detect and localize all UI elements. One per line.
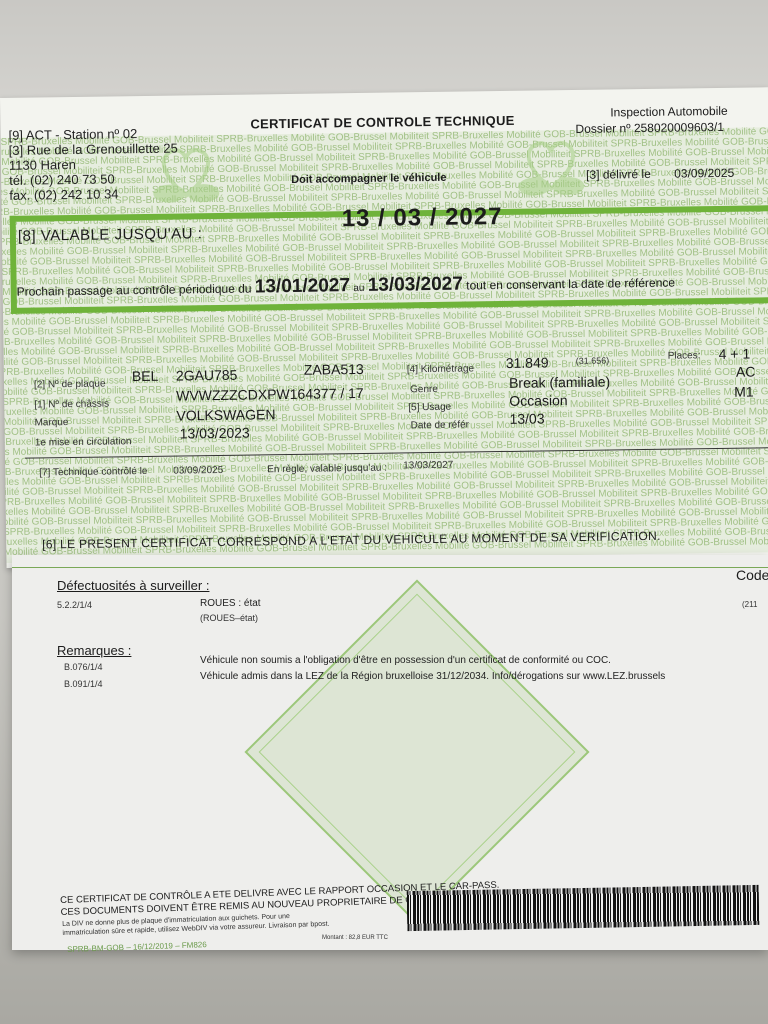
organization-name: Inspection Automobile (610, 103, 728, 121)
mileage-value: 31.849 (506, 354, 549, 371)
green-divider (12, 567, 768, 568)
chassis-number: WVWZZZCDXPW164377 / 17 (176, 385, 364, 404)
brussels-iris-logo-icon (515, 128, 586, 199)
plate-extra: ZABA513 (304, 361, 364, 378)
next-inspection-from: 13/01/2027 (255, 275, 350, 297)
defect-subtext: (ROUES–état) (200, 613, 258, 623)
document-title: CERTIFICAT DE CONTROLE TECHNIQUE (250, 113, 514, 132)
vehicle-code-2: M1 (734, 384, 754, 400)
genre-label: Genre (410, 384, 438, 395)
station-street: [3] Rue de la Grenouillette 25 (9, 141, 178, 158)
plate-country: BEL (132, 368, 159, 384)
defects-title: Défectuosités à surveiller : (57, 578, 209, 593)
reference-date-label: Date de référ (411, 419, 470, 431)
defect-code: 5.2.2/1/4 (57, 600, 92, 610)
plate-label: [2] Nº de plaque (34, 379, 106, 391)
delivered-date-value: 03/09/2025 (674, 166, 734, 181)
security-diamond-watermark (244, 579, 589, 924)
remark-text: Véhicule non soumis a l'obligation d'êtr… (200, 655, 611, 666)
usage-value: Occasion (509, 392, 568, 409)
defect-right-code: (211 (742, 600, 757, 609)
mileage-label: [4] Kilométrage (407, 363, 474, 375)
delivered-label: [3] délivré le (586, 167, 651, 182)
vehicle-code-1: AC (736, 363, 756, 379)
valid-until-date: 13 / 03 / 2027 (342, 203, 503, 233)
station-fax: fax. (02) 242 10 34 (9, 186, 178, 203)
reference-date-value: 13/03 (509, 410, 544, 426)
document-subtitle: Doit accompagner le véhicule (291, 172, 446, 186)
brand-label: Marque (34, 417, 68, 428)
delivery-date: [3] délivré le 03/09/2025 (586, 166, 734, 182)
technical-control-date: 03/09/2025 (173, 465, 223, 477)
inspection-info: Inspection Automobile Dossier nº 2580200… (610, 103, 728, 137)
first-registration-value: 13/03/2023 (180, 425, 250, 442)
barcode (407, 885, 760, 931)
genre-value: Break (familiale) (509, 374, 610, 391)
remark-text: Véhicule admis dans la LEZ de la Région … (200, 671, 665, 682)
form-code: SPRB-BM-GOB – 16/12/2019 – FM826 (67, 940, 207, 954)
technical-valid-until: 13/03/2027 (403, 460, 453, 472)
valid-until-label: [8] VALABLE JUSQU'AU : (18, 225, 203, 245)
remarks-title: Remarques : (57, 643, 131, 658)
technical-status: En règle, valable jusqu'au : (267, 463, 387, 476)
remark-code: B.091/1/4 (64, 679, 103, 689)
code-column-header: Code (736, 567, 768, 583)
places-label: Places: (668, 350, 701, 361)
brand-value: VOLKSWAGEN (176, 406, 275, 423)
next-inspection-prefix: Prochain passage au contrôle périodique … (17, 282, 252, 299)
chassis-label: [1] Nº de châssis (34, 399, 109, 411)
certificate-top-section: SPRB-Bruxelles Mobilité GOB-Brussel Mobi… (0, 87, 768, 568)
technical-control-label: [7] Technique contrôlé le (39, 466, 147, 479)
next-inspection-suffix: tout en conservant la date de référence (466, 276, 675, 293)
plate-number: 2GAU785 (176, 367, 238, 384)
previous-mileage: (31.656) (576, 356, 610, 366)
certificate-bottom-section: Code Défectuosités à surveiller : 5.2.2/… (12, 555, 768, 950)
dossier-number: Dossier nº 258020009603/1 (575, 119, 728, 137)
usage-label: [5] Usage (408, 402, 451, 414)
station-address: [9] ACT - Station nº 02 [3] Rue de la Gr… (8, 126, 178, 203)
remark-code: B.076/1/4 (64, 662, 103, 672)
first-registration-label: 1e mise en circulation (35, 436, 132, 448)
next-inspection-to: 13/03/2027 (368, 274, 463, 296)
amount: Montant : 82,8 EUR TTC (322, 935, 388, 941)
defect-text: ROUES : état (200, 598, 261, 609)
places-value: 4 + 1 (719, 346, 751, 362)
next-inspection-mid: au (353, 283, 364, 294)
